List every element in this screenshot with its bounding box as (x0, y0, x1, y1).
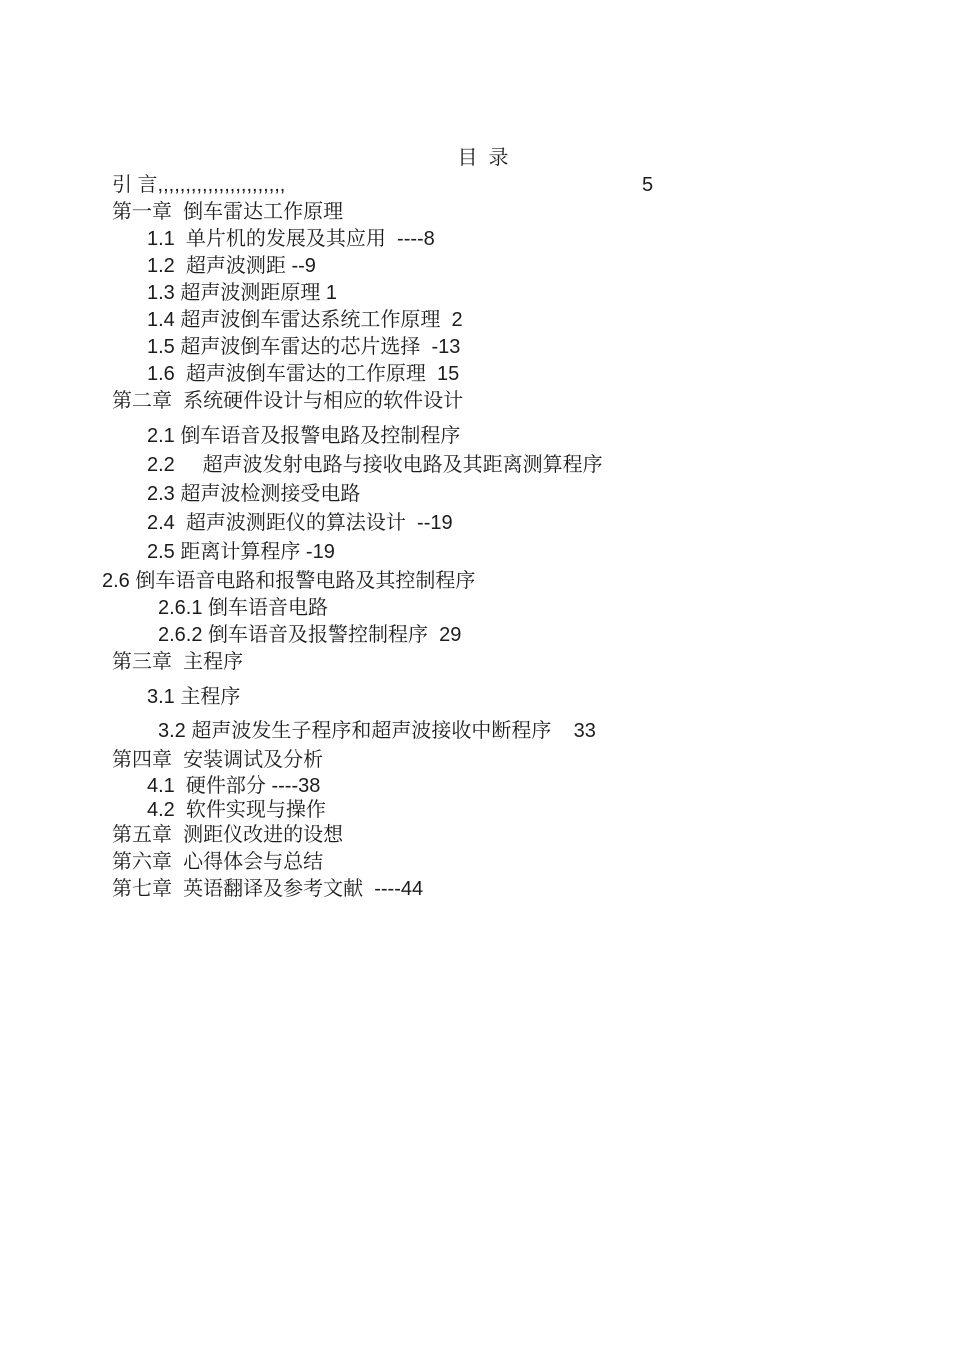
toc-entry-text: 2.4 超声波测距仪的算法设计 --19 (147, 512, 453, 534)
toc-entry: 1.6 超声波倒车雷达的工作原理 15 (0, 361, 956, 388)
toc-entry-text: 2.5 距离计算程序 -19 (147, 541, 335, 563)
toc-entry-text: 第一章 倒车雷达工作原理 (112, 201, 343, 223)
toc-entry-text: 3.2 超声波发生子程序和超声波接收中断程序 33 (158, 720, 596, 742)
toc-title: 目 录 (0, 145, 956, 172)
toc-entry: 2.2 超声波发射电路与接收电路及其距离测算程序 (0, 452, 956, 479)
toc-entry: 第四章 安装调试及分析 (0, 747, 956, 774)
toc-entry: 第三章 主程序 (0, 649, 956, 676)
toc-entry: 第六章 心得体会与总结 (0, 849, 956, 876)
toc-list: 引 言,,,,,,,,,,,,,,,,,,,,,,,5第一章 倒车雷达工作原理1… (0, 172, 956, 903)
toc-entry-text: 第七章 英语翻译及参考文献 ----44 (112, 878, 423, 900)
toc-entry: 第五章 测距仪改进的设想 (0, 822, 956, 849)
toc-entry: 引 言,,,,,,,,,,,,,,,,,,,,,,,5 (0, 172, 956, 199)
toc-entry: 第七章 英语翻译及参考文献 ----44 (0, 876, 956, 903)
toc-entry: 3.2 超声波发生子程序和超声波接收中断程序 33 (0, 718, 956, 745)
toc-entry-text: 第二章 系统硬件设计与相应的软件设计 (112, 390, 463, 412)
toc-entry-text: 1.6 超声波倒车雷达的工作原理 15 (147, 363, 459, 385)
toc-entry-text: 2.6.2 倒车语音及报警控制程序 29 (158, 624, 461, 646)
toc-entry-text: 2.2 超声波发射电路与接收电路及其距离测算程序 (147, 454, 603, 476)
toc-entry-text: 2.3 超声波检测接受电路 (147, 483, 360, 505)
toc-entry-text: 第三章 主程序 (112, 651, 243, 673)
toc-entry: 1.4 超声波倒车雷达系统工作原理 2 (0, 307, 956, 334)
toc-entry: 1.5 超声波倒车雷达的芯片选择 -13 (0, 334, 956, 361)
toc-entry: 1.2 超声波测距 --9 (0, 253, 956, 280)
toc-entry: 2.5 距离计算程序 -19 (0, 539, 956, 566)
toc-entry: 1.3 超声波测距原理 1 (0, 280, 956, 307)
toc-entry-text: 2.6 倒车语音电路和报警电路及其控制程序 (102, 570, 475, 592)
toc-entry-text: 1.5 超声波倒车雷达的芯片选择 -13 (147, 336, 460, 358)
toc-entry-text: 3.1 主程序 (147, 686, 240, 708)
toc-entry: 第二章 系统硬件设计与相应的软件设计 (0, 388, 956, 415)
toc-entry: 第一章 倒车雷达工作原理 (0, 199, 956, 226)
toc-entry: 2.4 超声波测距仪的算法设计 --19 (0, 510, 956, 537)
toc-entry-text: 第六章 心得体会与总结 (112, 851, 323, 873)
toc-entry-text: 1.4 超声波倒车雷达系统工作原理 2 (147, 309, 463, 331)
toc-entry: 3.1 主程序 (0, 684, 956, 711)
toc-entry-text: 第四章 安装调试及分析 (112, 749, 323, 771)
toc-entry-text: 1.1 单片机的发展及其应用 ----8 (147, 228, 435, 250)
toc-entry-text: 1.2 超声波测距 --9 (147, 255, 316, 277)
toc-entry: 1.1 单片机的发展及其应用 ----8 (0, 226, 956, 253)
toc-entry-text: 2.6.1 倒车语音电路 (158, 597, 328, 619)
toc-entry-text: 4.1 硬件部分 ----38 (147, 775, 320, 797)
toc-entry-text: 4.2 软件实现与操作 (147, 799, 326, 821)
toc-entry-text: 第五章 测距仪改进的设想 (112, 824, 343, 846)
toc-entry: 2.6 倒车语音电路和报警电路及其控制程序 (0, 568, 956, 595)
document-page: 目 录 引 言,,,,,,,,,,,,,,,,,,,,,,,5第一章 倒车雷达工… (0, 0, 956, 1354)
toc-entry-text: 1.3 超声波测距原理 1 (147, 282, 337, 304)
toc-entry: 2.6.2 倒车语音及报警控制程序 29 (0, 622, 956, 649)
toc-entry: 2.3 超声波检测接受电路 (0, 481, 956, 508)
toc-entry: 2.6.1 倒车语音电路 (0, 595, 956, 622)
toc-entry-page-number: 5 (642, 172, 653, 199)
toc-entry-text: 2.1 倒车语音及报警电路及控制程序 (147, 425, 460, 447)
toc-entry: 4.2 软件实现与操作 (0, 798, 956, 822)
toc-entry-text: 引 言,,,,,,,,,,,,,,,,,,,,,,, (112, 174, 285, 196)
toc-entry: 4.1 硬件部分 ----38 (0, 774, 956, 798)
toc-entry: 2.1 倒车语音及报警电路及控制程序 (0, 423, 956, 450)
